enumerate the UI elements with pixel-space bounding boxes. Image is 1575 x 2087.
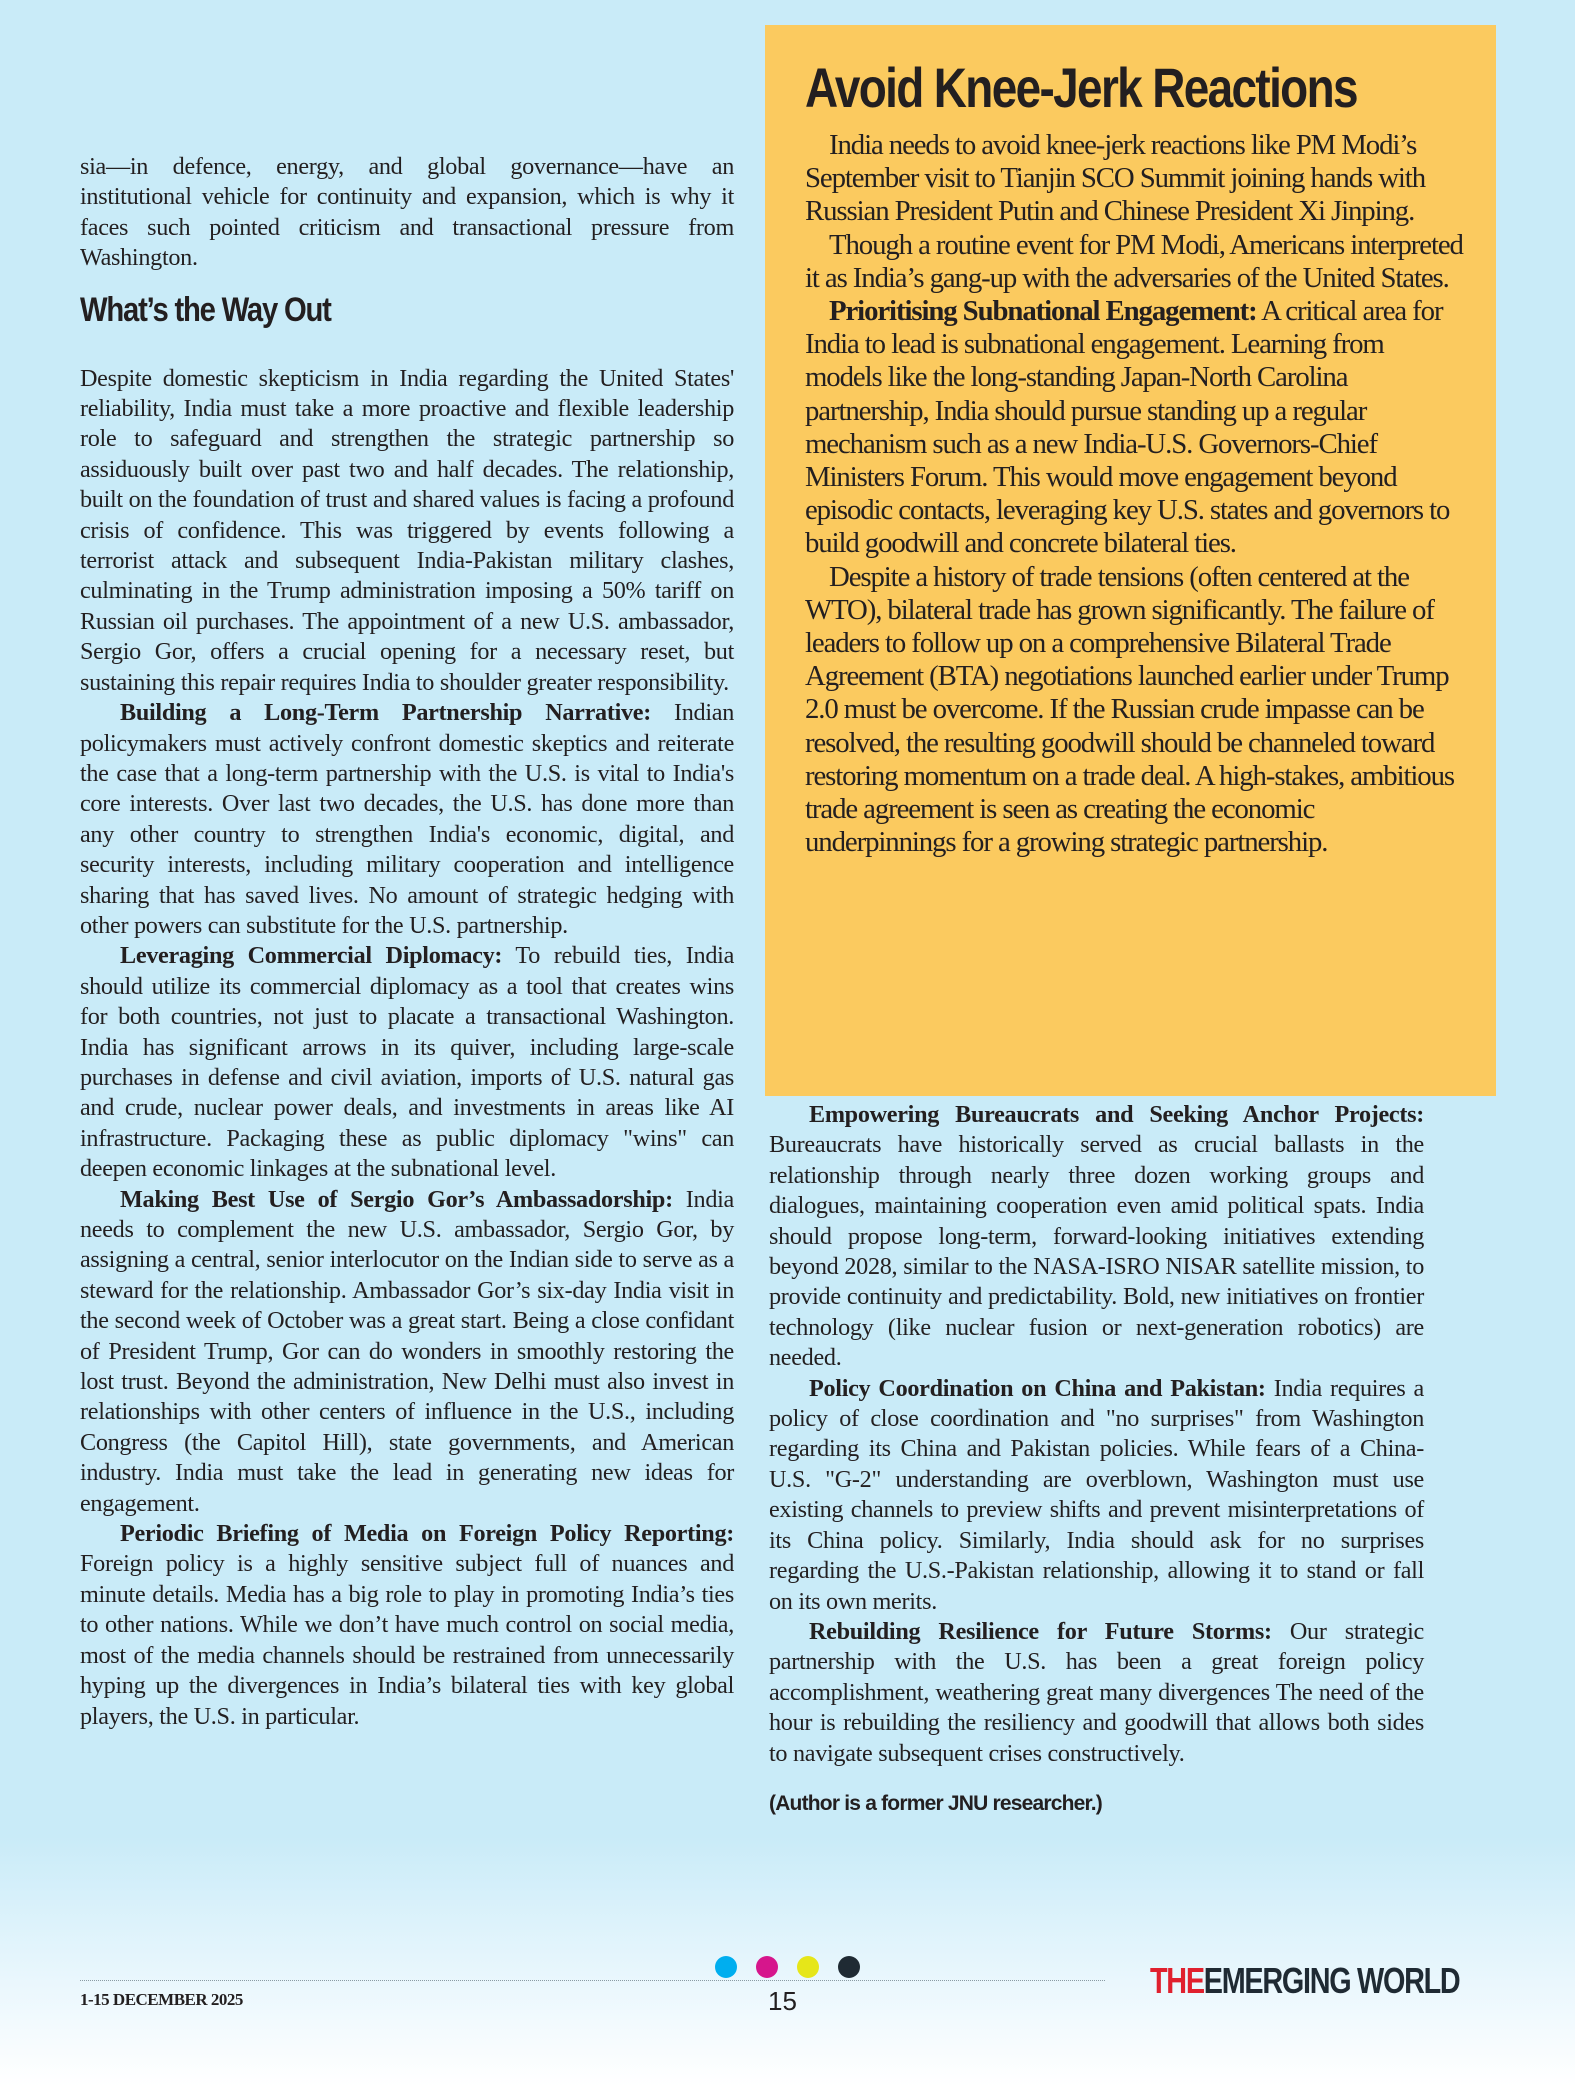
body-paragraph: Building a Long-Term Partnership Narrati… bbox=[80, 698, 734, 941]
paragraph-text: India needs to avoid knee-jerk reactions… bbox=[805, 129, 1425, 227]
body-paragraph: Empowering Bureaucrats and Seeking Ancho… bbox=[769, 1100, 1424, 1374]
sidebar-body: India needs to avoid knee-jerk reactions… bbox=[805, 129, 1465, 859]
sidebar-paragraph: Despite a history of trade tensions (oft… bbox=[805, 561, 1465, 860]
paragraph-text: To rebuild ties, India should utilize it… bbox=[80, 942, 734, 1182]
sidebar-paragraph: Prioritising Subnational Engagement: A c… bbox=[805, 295, 1465, 561]
author-note: (Author is a former JNU researcher.) bbox=[769, 1789, 1424, 1819]
body-paragraph: Making Best Use of Sergio Gor’s Ambassad… bbox=[80, 1185, 734, 1519]
subheading: Policy Coordination on China and Pakista… bbox=[809, 1375, 1266, 1402]
body-paragraph: Policy Coordination on China and Pakista… bbox=[769, 1374, 1424, 1617]
left-column: sia—in defence, energy, and global gover… bbox=[80, 152, 734, 1732]
body-paragraph: Leveraging Commercial Diplomacy: To rebu… bbox=[80, 941, 734, 1184]
paragraph-text: Despite a history of trade tensions (oft… bbox=[805, 561, 1454, 859]
sidebar-paragraph: India needs to avoid knee-jerk reactions… bbox=[805, 129, 1465, 229]
subheading: Leveraging Commercial Diplomacy: bbox=[120, 942, 502, 969]
intro-paragraph: sia—in defence, energy, and global gover… bbox=[80, 152, 734, 274]
subheading: Empowering Bureaucrats and Seeking Ancho… bbox=[809, 1101, 1424, 1128]
issue-date: 1-15 DECEMBER 2025 bbox=[80, 1990, 243, 2010]
paragraph-text: A critical area for India to lead is sub… bbox=[805, 295, 1449, 559]
body-paragraph: Despite domestic skepticism in India reg… bbox=[80, 364, 734, 698]
subheading: Rebuilding Resilience for Future Storms: bbox=[809, 1618, 1272, 1645]
yellow-dot-icon bbox=[797, 1956, 819, 1978]
publication-logo: THEEMERGING WORLD bbox=[1150, 1960, 1459, 2002]
paragraph-text: India requires a policy of close coordin… bbox=[769, 1375, 1424, 1615]
section-heading: What’s the Way Out bbox=[80, 290, 642, 330]
subheading: Prioritising Subnational Engagement: bbox=[829, 295, 1257, 327]
footer-divider bbox=[80, 1980, 1105, 1981]
body-paragraph: Periodic Briefing of Media on Foreign Po… bbox=[80, 1519, 734, 1732]
subheading: Building a Long-Term Partnership Narrati… bbox=[120, 699, 651, 726]
sidebar-box: Avoid Knee-Jerk Reactions India needs to… bbox=[765, 25, 1496, 1096]
logo-prefix: THE bbox=[1150, 1960, 1204, 2001]
subheading: Making Best Use of Sergio Gor’s Ambassad… bbox=[120, 1186, 673, 1213]
cyan-dot-icon bbox=[715, 1956, 737, 1978]
paragraph-text: Bureaucrats have historically served as … bbox=[769, 1131, 1424, 1371]
subheading: Periodic Briefing of Media on Foreign Po… bbox=[120, 1520, 734, 1547]
sidebar-paragraph: Though a routine event for PM Modi, Amer… bbox=[805, 229, 1465, 295]
paragraph-text: India needs to complement the new U.S. a… bbox=[80, 1186, 734, 1517]
paragraph-text: Indian policymakers must actively confro… bbox=[80, 699, 734, 939]
paragraph-text: Despite domestic skepticism in India reg… bbox=[80, 365, 734, 696]
black-dot-icon bbox=[838, 1956, 860, 1978]
paragraph-text: Though a routine event for PM Modi, Amer… bbox=[805, 229, 1463, 294]
magenta-dot-icon bbox=[756, 1956, 778, 1978]
body-paragraph: Rebuilding Resilience for Future Storms:… bbox=[769, 1617, 1424, 1769]
registration-marks bbox=[715, 1956, 860, 1978]
paragraph-text: Foreign policy is a highly sensitive sub… bbox=[80, 1550, 734, 1729]
page-number: 15 bbox=[768, 1986, 797, 2017]
sidebar-title: Avoid Knee-Jerk Reactions bbox=[805, 55, 1357, 121]
logo-name: EMERGING WORLD bbox=[1204, 1960, 1460, 2001]
right-column: Empowering Bureaucrats and Seeking Ancho… bbox=[769, 1100, 1424, 1819]
